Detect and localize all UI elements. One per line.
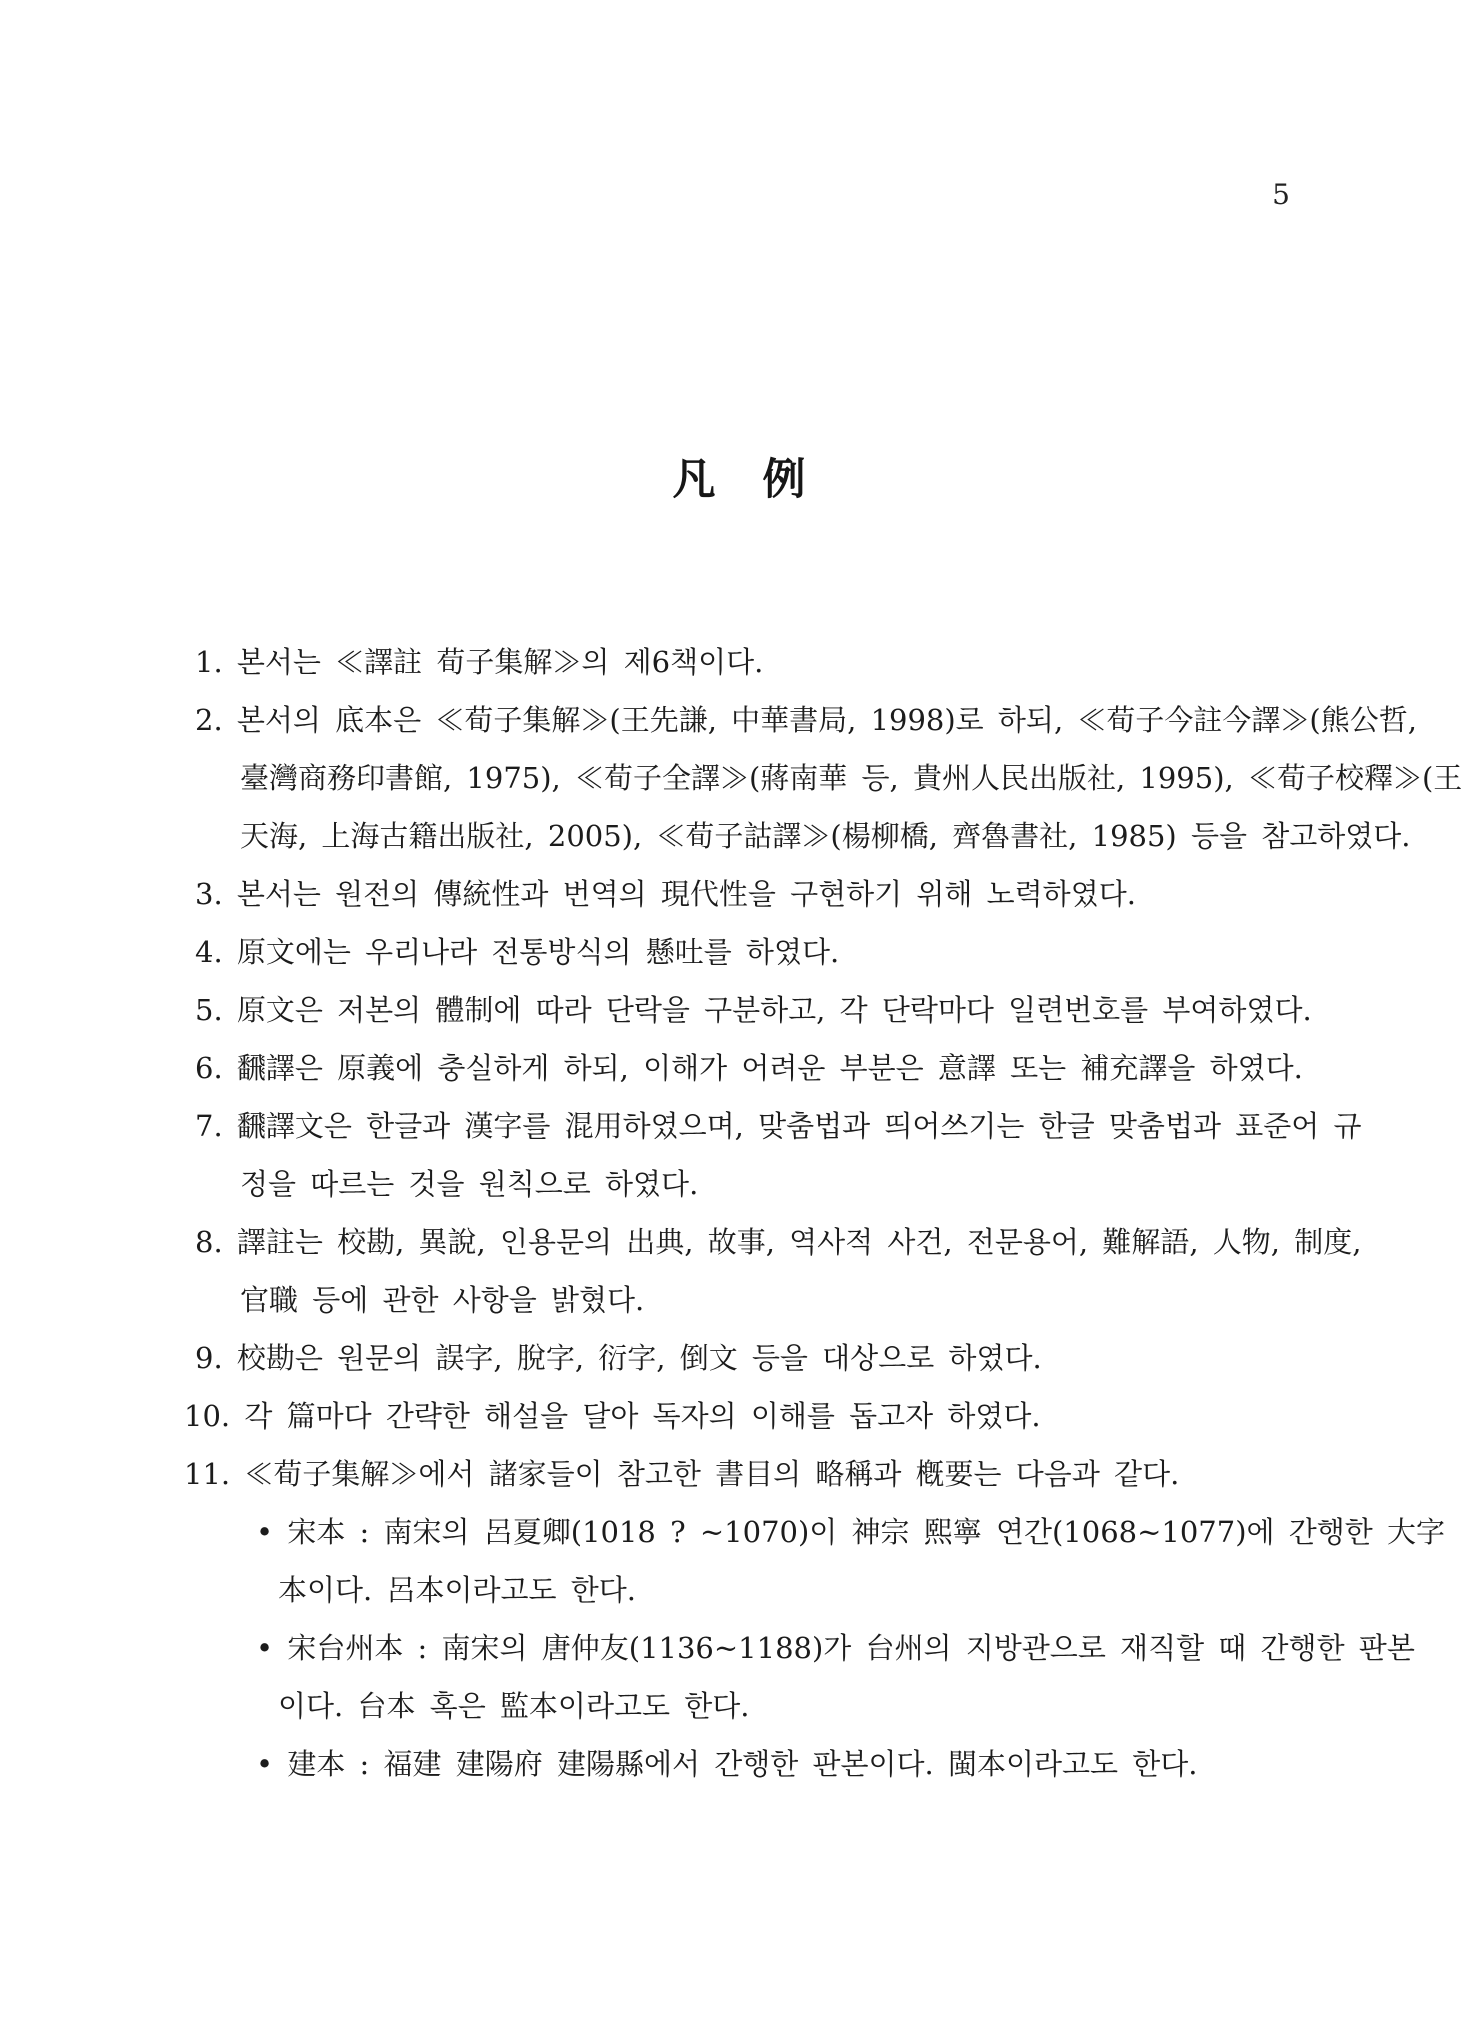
list-line: 官職 등에 관한 사항을 밝혔다. bbox=[0, 1271, 1480, 1329]
list-line: • 建本 : 福建 建陽府 建陽縣에서 간행한 판본이다. 閩本이라고도 한다. bbox=[0, 1735, 1480, 1793]
list-line: 1. 본서는 ≪譯註 荀子集解≫의 제6책이다. bbox=[0, 633, 1480, 691]
page-number: 5 bbox=[1272, 178, 1290, 212]
list-line: 5. 原文은 저본의 體制에 따라 단락을 구분하고, 각 단락마다 일련번호를… bbox=[0, 981, 1480, 1039]
list-line: 臺灣商務印書館, 1975), ≪荀子全譯≫(蔣南華 등, 貴州人民出版社, 1… bbox=[0, 749, 1480, 807]
list-line: 7. 飜譯文은 한글과 漢字를 混用하였으며, 맞춤법과 띄어쓰기는 한글 맞춤… bbox=[0, 1097, 1480, 1155]
list-line: 3. 본서는 원전의 傳統性과 번역의 現代性을 구현하기 위해 노력하였다. bbox=[0, 865, 1480, 923]
list-line: 10. 각 篇마다 간략한 해설을 달아 독자의 이해를 돕고자 하였다. bbox=[0, 1387, 1480, 1445]
notes-list: 1. 본서는 ≪譯註 荀子集解≫의 제6책이다.2. 본서의 底本은 ≪荀子集解… bbox=[0, 633, 1480, 1793]
list-line: 天海, 上海古籍出版社, 2005), ≪荀子詁譯≫(楊柳橋, 齊魯書社, 19… bbox=[0, 807, 1480, 865]
document-page: 5 凡 例 1. 본서는 ≪譯註 荀子集解≫의 제6책이다.2. 본서의 底本은… bbox=[0, 0, 1480, 2024]
list-line: 정을 따르는 것을 원칙으로 하였다. bbox=[0, 1155, 1480, 1213]
list-line: 9. 校勘은 원문의 誤字, 脫字, 衍字, 倒文 등을 대상으로 하였다. bbox=[0, 1329, 1480, 1387]
list-line: 이다. 台本 혹은 監本이라고도 한다. bbox=[0, 1677, 1480, 1735]
list-line: 4. 原文에는 우리나라 전통방식의 懸吐를 하였다. bbox=[0, 923, 1480, 981]
list-line: 本이다. 呂本이라고도 한다. bbox=[0, 1561, 1480, 1619]
list-line: 8. 譯註는 校勘, 異說, 인용문의 出典, 故事, 역사적 사건, 전문용어… bbox=[0, 1213, 1480, 1271]
list-line: • 宋台州本 : 南宋의 唐仲友(1136~1188)가 台州의 지방관으로 재… bbox=[0, 1619, 1480, 1677]
page-title: 凡 例 bbox=[0, 446, 1480, 507]
list-line: • 宋本 : 南宋의 呂夏卿(1018 ? ~1070)이 神宗 熙寧 연간(1… bbox=[0, 1503, 1480, 1561]
list-line: 2. 본서의 底本은 ≪荀子集解≫(王先謙, 中華書局, 1998)로 하되, … bbox=[0, 691, 1480, 749]
list-line: 11. ≪荀子集解≫에서 諸家들이 참고한 書目의 略稱과 槪要는 다음과 같다… bbox=[0, 1445, 1480, 1503]
list-line: 6. 飜譯은 原義에 충실하게 하되, 이해가 어려운 부분은 意譯 또는 補充… bbox=[0, 1039, 1480, 1097]
